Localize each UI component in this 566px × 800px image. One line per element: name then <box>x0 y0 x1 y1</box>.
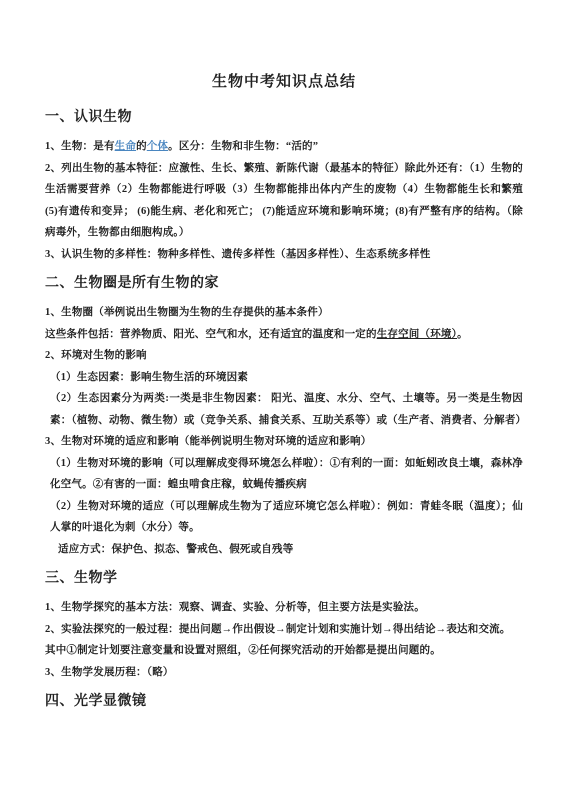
paragraph: （1）生物对环境的影响（可以理解成变得环境怎么样啦）：①有利的一面：如蚯蚓改良土… <box>45 453 523 496</box>
text-run: 生物中考知识点总结 <box>212 74 356 90</box>
text-run: 2、环境对生物的影响 <box>45 350 147 361</box>
paragraph: （1）生态因素：影响生物生活的环境因素 <box>45 367 523 389</box>
text-run: 二、生物圈是所有生物的家 <box>45 276 219 291</box>
text-run: 。区分：生物和非生物：“活的” <box>168 141 318 152</box>
text-run: 2、实验法探究的一般过程：提出问题→作出假设→制定计划和实施计划→得出结论→表达… <box>45 624 511 635</box>
document-title: 生物中考知识点总结 <box>45 72 523 92</box>
paragraph: 这些条件包括：营养物质、阳光、空气和水，还有适宜的温度和一定的生存空间（环境）。 <box>45 324 523 346</box>
paragraph: （2）生态因素分为两类:一类是非生物因素： 阳光、温度、水分、空气、土壤等。另一… <box>45 388 523 431</box>
paragraph: 2、列出生物的基本特征：应激性、生长、繁殖、新陈代谢（最基本的特征）除此外还有：… <box>45 158 523 244</box>
paragraph: 1、生物：是有生命的个体。区分：生物和非生物：“活的” <box>45 136 523 158</box>
text-run: 1、生物学探究的基本方法：观察、调查、实验、分析等，但主要方法是实验法。 <box>45 602 425 613</box>
paragraph: 3、生物对环境的适应和影响（能举例说明生物对环境的适应和影响） <box>45 431 523 453</box>
paragraph: 3、生物学发展历程：（略） <box>45 662 523 684</box>
text-run: 四、光学显微镜 <box>45 694 147 709</box>
text-run: 1、生物圈（举例说出生物圈为生物的生存提供的基本条件） <box>45 307 329 318</box>
text-run: （2）生态因素分为两类:一类是非生物因素： 阳光、温度、水分、空气、土壤等。另一… <box>50 393 526 426</box>
paragraph: 2、环境对生物的影响 <box>45 345 523 367</box>
text-run: 适应方式：保护色、拟态、警戒色、假死或自残等 <box>58 544 293 555</box>
section-heading: 四、光学显微镜 <box>45 692 523 712</box>
text-run: 其中①制定计划要注意变量和设置对照组，②任何探究活动的开始都是提出问题的。 <box>45 645 441 656</box>
text-run: 1、生物：是有 <box>45 141 115 152</box>
text-run: 一、认识生物 <box>45 110 132 125</box>
section-heading: 一、认识生物 <box>45 108 523 128</box>
paragraph: （2）生物对环境的适应（可以理解成生物为了适应环境它怎么样啦）：例如：青蛙冬眠（… <box>45 496 523 539</box>
text-run: （1）生物对环境的影响（可以理解成变得环境怎么样啦）：①有利的一面：如蚯蚓改良土… <box>50 458 523 491</box>
section-heading: 二、生物圈是所有生物的家 <box>45 274 523 294</box>
text-run: （2）生物对环境的适应（可以理解成生物为了适应环境它怎么样啦）：例如：青蛙冬眠（… <box>50 501 523 534</box>
text-run: 。 <box>457 329 468 340</box>
text-run: 的 <box>136 141 147 152</box>
text-run: 3、认识生物的多样性：物种多样性、遗传多样性（基因多样性）、生态系统多样性 <box>45 249 430 260</box>
paragraph: 适应方式：保护色、拟态、警戒色、假死或自残等 <box>45 539 523 561</box>
text-run: 3、生物对环境的适应和影响（能举例说明生物对环境的适应和影响） <box>45 436 371 447</box>
paragraph: 3、认识生物的多样性：物种多样性、遗传多样性（基因多样性）、生态系统多样性 <box>45 244 523 266</box>
hyperlink-text[interactable]: 个体 <box>147 141 168 152</box>
paragraph: 1、生物学探究的基本方法：观察、调查、实验、分析等，但主要方法是实验法。 <box>45 597 523 619</box>
text-run: 3、生物学发展历程：（略） <box>45 667 174 678</box>
hyperlink-text[interactable]: 生命 <box>115 141 136 152</box>
paragraph: 2、实验法探究的一般过程：提出问题→作出假设→制定计划和实施计划→得出结论→表达… <box>45 619 523 641</box>
paragraph: 1、生物圈（举例说出生物圈为生物的生存提供的基本条件） <box>45 302 523 324</box>
text-run: （1）生态因素：影响生物生活的环境因素 <box>50 372 248 383</box>
text-run: 这些条件包括：营养物质、阳光、空气和水，还有适宜的温度和一定的 <box>45 329 377 340</box>
document-page: 生物中考知识点总结一、认识生物1、生物：是有生命的个体。区分：生物和非生物：“活… <box>0 0 566 800</box>
underlined-text: 生存空间（环境） <box>377 329 457 340</box>
text-run: 三、生物学 <box>45 571 118 586</box>
section-heading: 三、生物学 <box>45 569 523 589</box>
paragraph: 其中①制定计划要注意变量和设置对照组，②任何探究活动的开始都是提出问题的。 <box>45 640 523 662</box>
text-run: 2、列出生物的基本特征：应激性、生长、繁殖、新陈代谢（最基本的特征）除此外还有：… <box>45 163 523 239</box>
